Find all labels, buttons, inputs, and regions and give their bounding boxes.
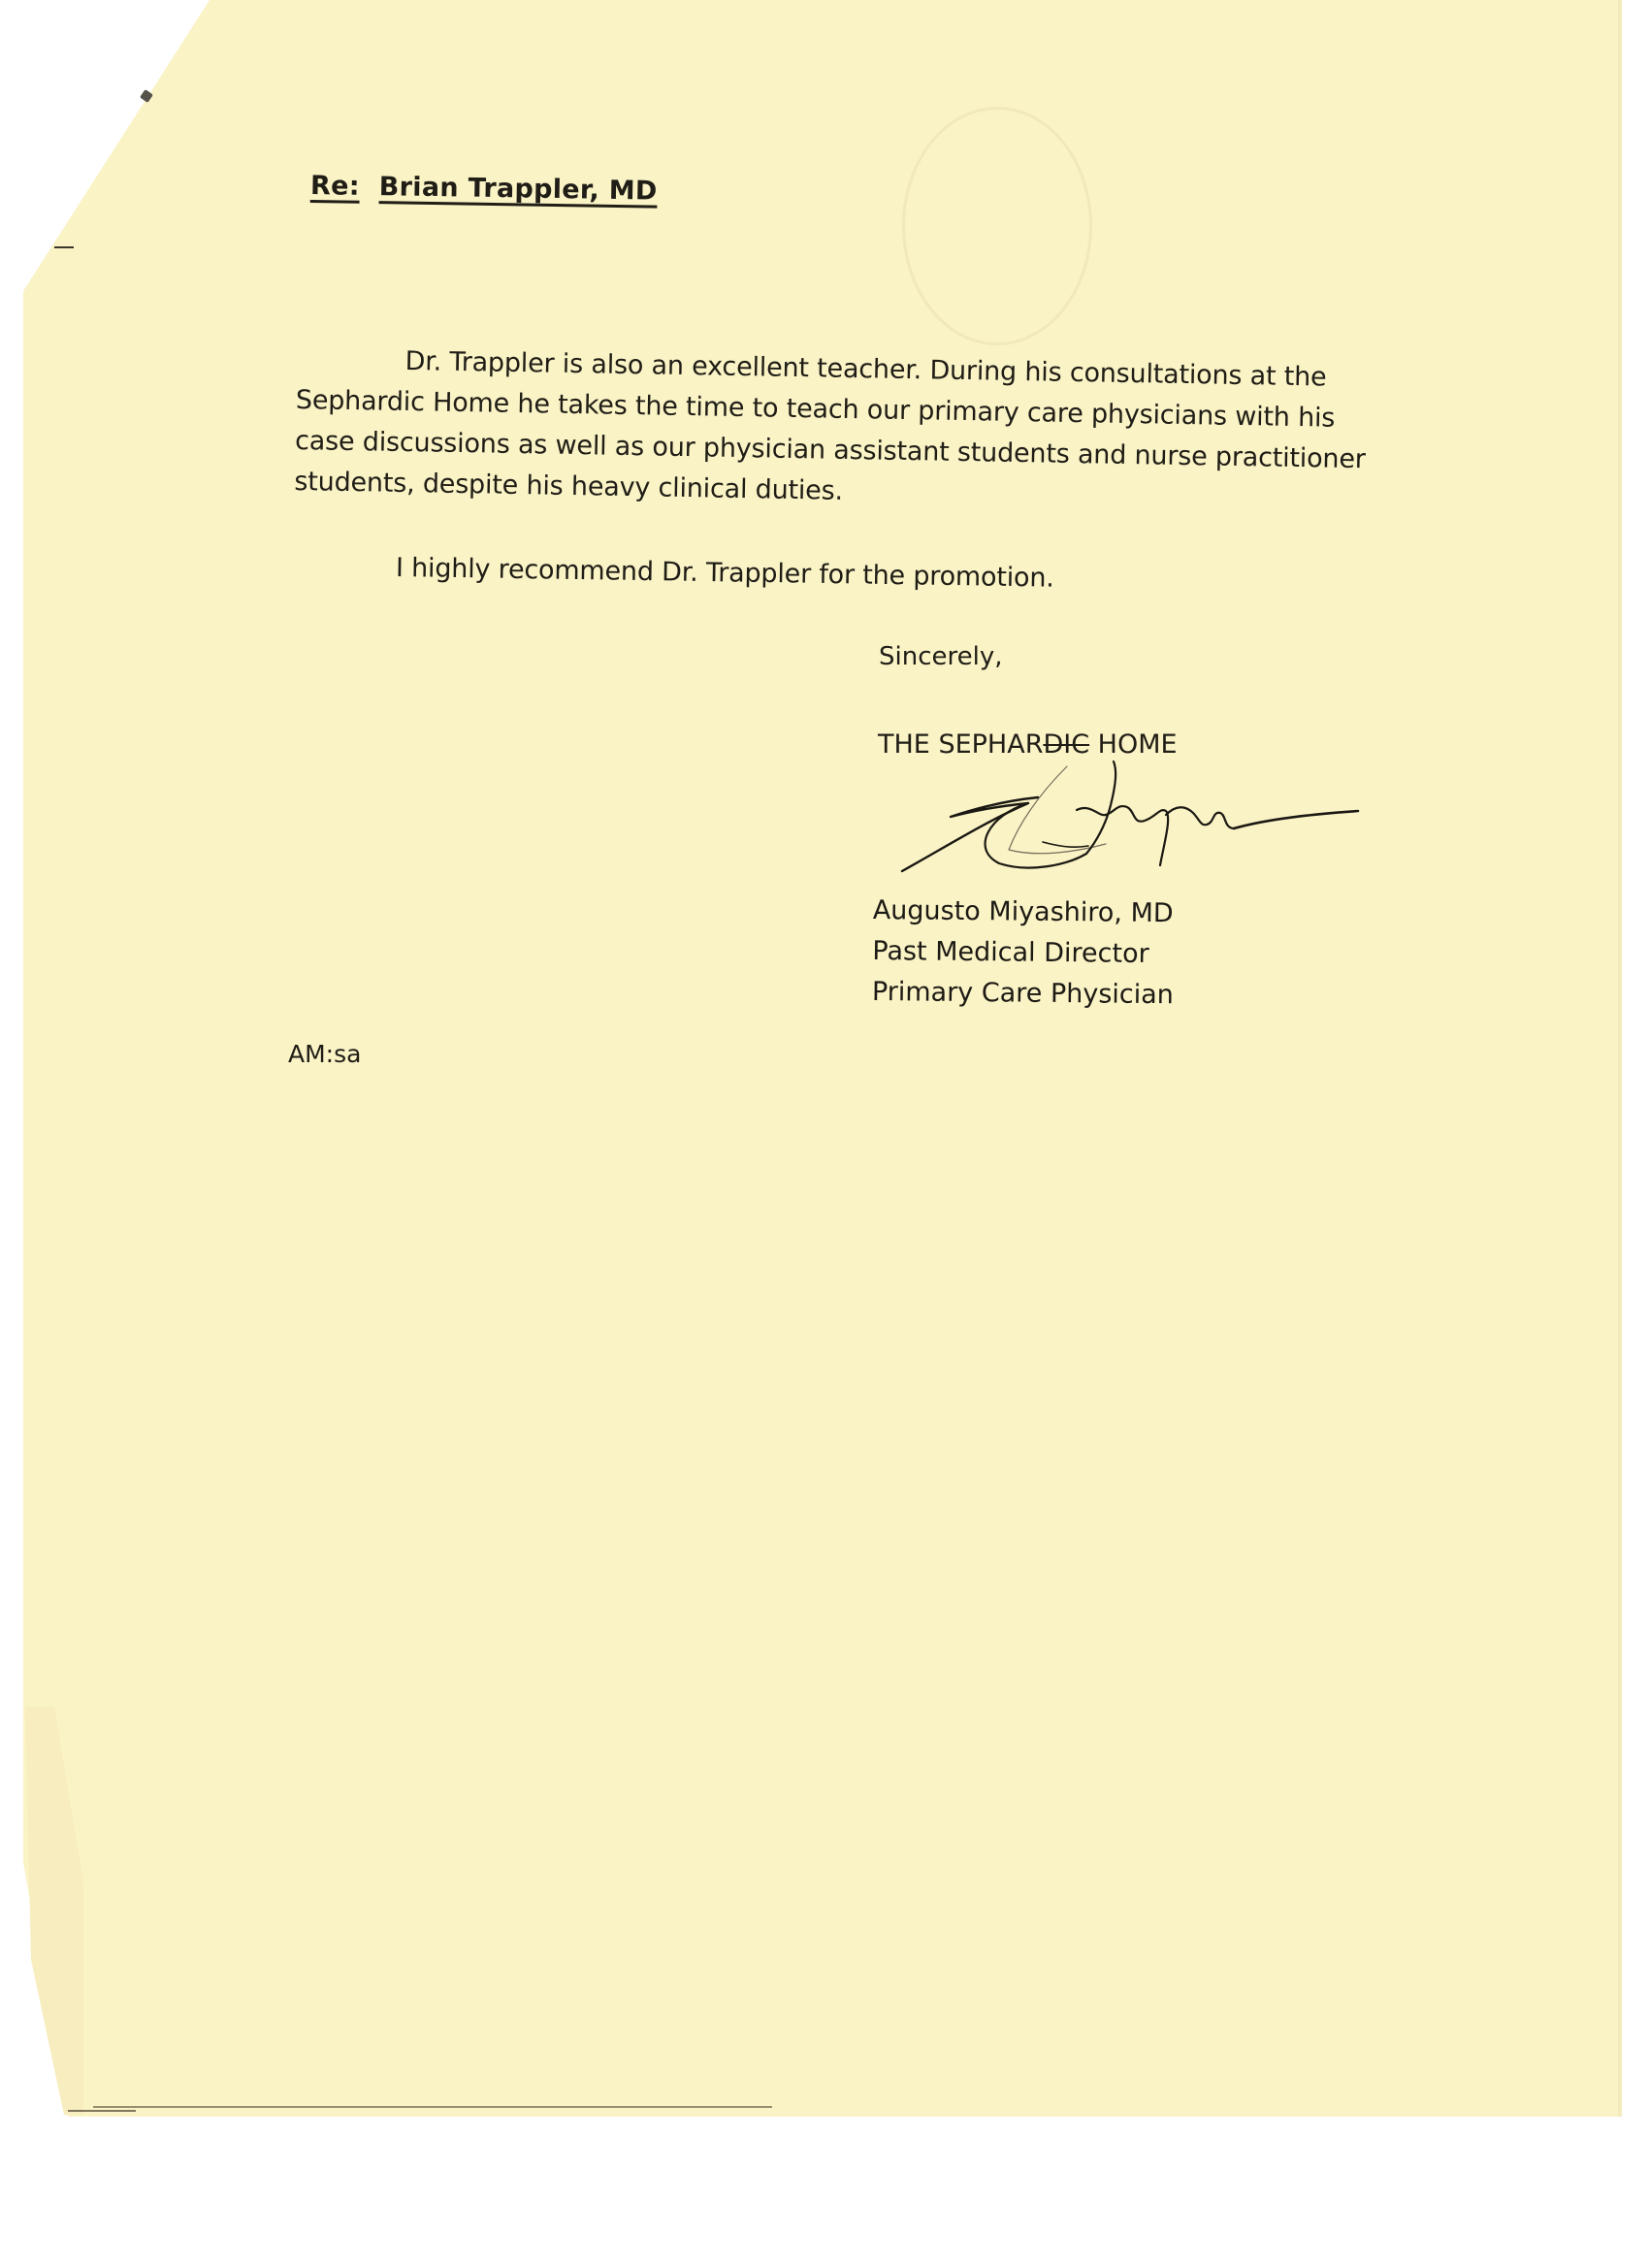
closing-salutation: Sincerely, xyxy=(879,642,1003,671)
reference-initials: AM:sa xyxy=(288,1040,361,1068)
organization-name: THE SEPHARDIC HOME xyxy=(878,729,1178,760)
bleed-through-seal xyxy=(902,107,1092,345)
signer-title: Primary Care Physician xyxy=(872,972,1174,1016)
page-edge xyxy=(1618,0,1622,2117)
letter-page xyxy=(23,0,1622,2117)
signer-block: Augusto Miyashiro, MD Past Medical Direc… xyxy=(872,891,1175,1016)
signature-icon xyxy=(873,757,1377,892)
edge-mark xyxy=(54,246,74,248)
bottom-edge-line-short xyxy=(68,2110,136,2112)
org-name-struck-part: DIC xyxy=(1043,729,1089,760)
subject-label: Re: xyxy=(310,171,360,202)
body-paragraph-1: Dr. Trappler is also an excellent teache… xyxy=(294,340,1367,521)
bottom-edge-line xyxy=(93,2106,772,2108)
subject-line: Re:Brian Trappler, MD xyxy=(310,171,658,207)
org-name-part: HOME xyxy=(1089,729,1178,760)
signer-title: Past Medical Director xyxy=(872,931,1174,975)
subject-name: Brian Trappler, MD xyxy=(379,172,658,207)
org-name-part: THE SEPHAR xyxy=(878,729,1043,760)
signer-name: Augusto Miyashiro, MD xyxy=(873,891,1175,934)
